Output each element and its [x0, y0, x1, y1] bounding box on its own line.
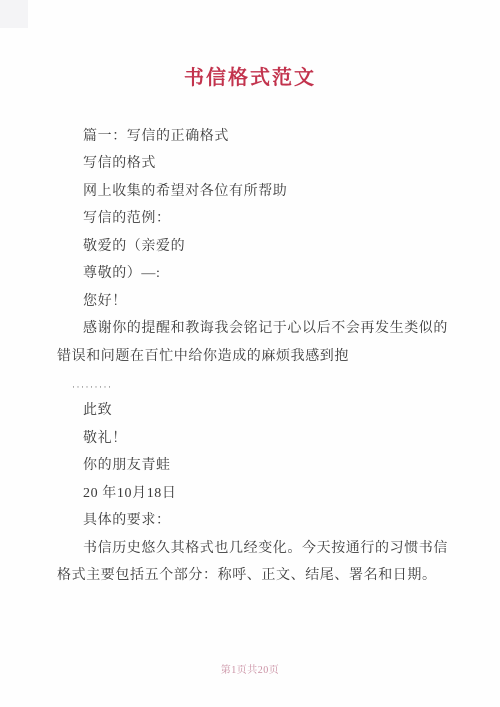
text-line: 写信的范例：	[57, 205, 450, 232]
page-corner-artifact	[0, 0, 28, 28]
page-number-footer: 第1页共20页	[0, 661, 500, 676]
document-page: 书信格式范文 篇一：写信的正确格式 写信的格式 网上收集的希望对各位有所帮助 写…	[0, 0, 500, 707]
text-line: 此致	[57, 397, 450, 424]
text-line: 书信历史悠久其格式也几经变化。今天按通行的习惯书信	[57, 535, 450, 562]
text-line: 敬爱的（亲爱的	[57, 233, 450, 260]
text-line: 尊敬的）—:	[57, 260, 450, 287]
ellipsis-line: ·········	[57, 370, 450, 397]
text-line: 具体的要求：	[57, 507, 450, 534]
text-line: 网上收集的希望对各位有所帮助	[57, 178, 450, 205]
text-line: 感谢你的提醒和教诲我会铭记于心以后不会再发生类似的	[57, 315, 450, 342]
text-line: 你的朋友青蛙	[57, 452, 450, 479]
text-line: 敬礼！	[57, 425, 450, 452]
document-title: 书信格式范文	[0, 64, 500, 92]
document-body: 篇一：写信的正确格式 写信的格式 网上收集的希望对各位有所帮助 写信的范例： 敬…	[57, 123, 450, 589]
text-line: 错误和问题在百忙中给你造成的麻烦我感到抱	[57, 343, 450, 370]
text-line: 篇一：写信的正确格式	[57, 123, 450, 150]
text-line: 格式主要包括五个部分：称呼、正文、结尾、署名和日期。	[57, 562, 450, 589]
text-line: 您好！	[57, 288, 450, 315]
text-line: 20 年10月18日	[57, 480, 450, 507]
text-line: 写信的格式	[57, 150, 450, 177]
